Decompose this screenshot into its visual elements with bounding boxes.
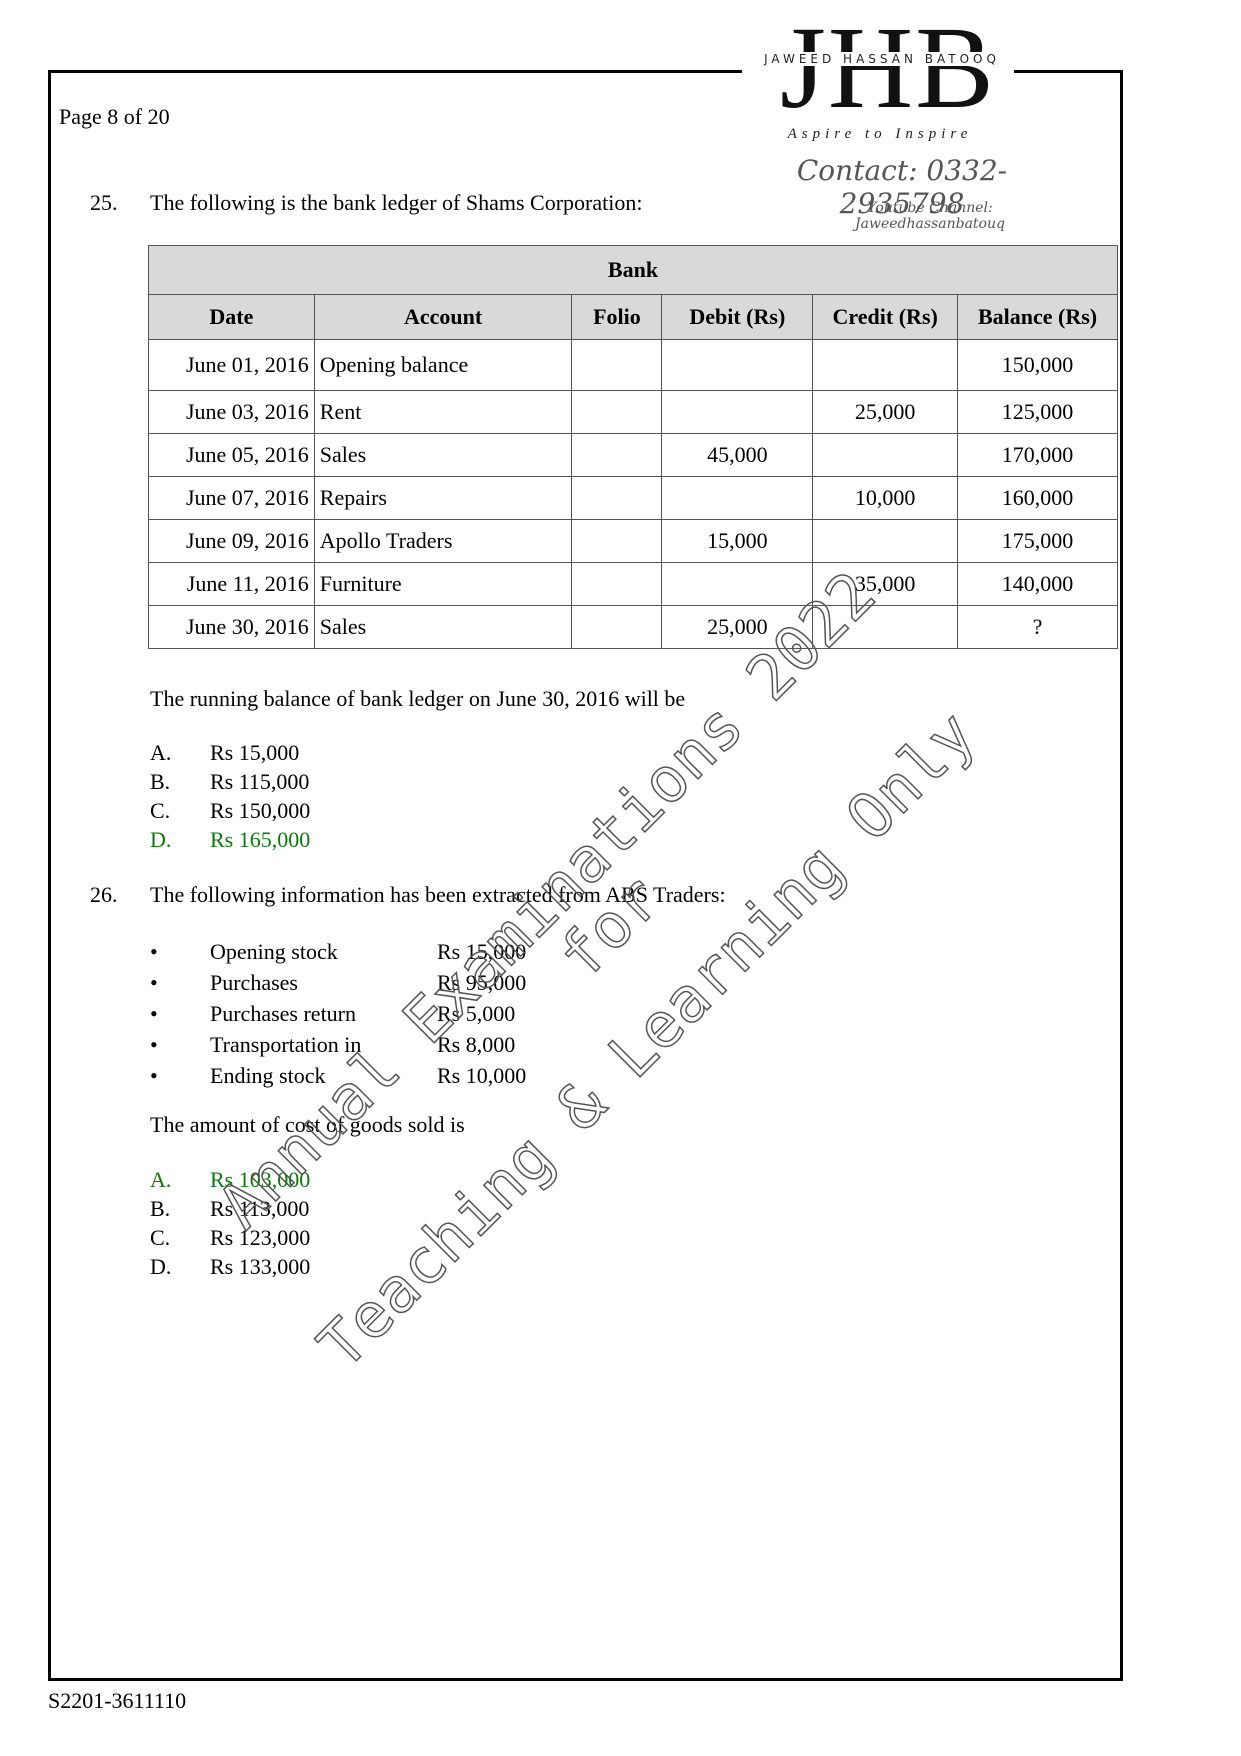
- table-row: June 01, 2016Opening balance150,000: [149, 340, 1118, 391]
- cell-date: June 01, 2016: [149, 340, 315, 391]
- cell-credit: 25,000: [813, 391, 958, 434]
- bullet-icon: •: [150, 998, 210, 1029]
- bullet-icon: •: [150, 936, 210, 967]
- ledger-title: Bank: [149, 246, 1118, 295]
- jhb-logo: JHB JAWEED HASSAN BATOOQ Aspire to Inspi…: [740, 14, 1040, 234]
- cell-debit: [662, 340, 813, 391]
- table-row: June 05, 2016Sales45,000170,000: [149, 434, 1118, 477]
- table-row: June 09, 2016Apollo Traders15,000175,000: [149, 520, 1118, 563]
- option-text: Rs 165,000: [210, 827, 310, 852]
- cell-folio: [572, 340, 662, 391]
- cell-account: Furniture: [314, 563, 572, 606]
- question-26-number: 26.: [90, 882, 118, 908]
- option-letter: D.: [150, 1252, 210, 1281]
- fact-label: Opening stock: [210, 936, 437, 967]
- cell-folio: [572, 606, 662, 649]
- option-a: A.Rs 15,000: [150, 738, 310, 767]
- table-row: June 03, 2016Rent25,000125,000: [149, 391, 1118, 434]
- cell-debit: [662, 563, 813, 606]
- table-row: June 07, 2016Repairs10,000160,000: [149, 477, 1118, 520]
- paper-code: S2201-3611110: [48, 1688, 186, 1714]
- logo-name: JAWEED HASSAN BATOOQ: [748, 52, 1016, 66]
- cell-debit: 15,000: [662, 520, 813, 563]
- option-letter: B.: [150, 767, 210, 796]
- option-text: Rs 115,000: [210, 769, 309, 794]
- cell-debit: [662, 391, 813, 434]
- logo-monogram: JHB: [780, 8, 980, 128]
- cell-balance: 170,000: [958, 434, 1118, 477]
- bank-ledger-table: Bank Date Account Folio Debit (Rs) Credi…: [148, 245, 1118, 649]
- col-date: Date: [149, 295, 315, 340]
- cell-debit: 45,000: [662, 434, 813, 477]
- cell-date: June 30, 2016: [149, 606, 315, 649]
- cell-account: Repairs: [314, 477, 572, 520]
- option-letter: C.: [150, 796, 210, 825]
- cell-account: Opening balance: [314, 340, 572, 391]
- cell-account: Sales: [314, 606, 572, 649]
- option-letter: A.: [150, 1165, 210, 1194]
- option-letter: C.: [150, 1223, 210, 1252]
- question-25-text: The following is the bank ledger of Sham…: [150, 190, 642, 216]
- option-c: C.Rs 150,000: [150, 796, 310, 825]
- col-folio: Folio: [572, 295, 662, 340]
- cell-credit: [813, 520, 958, 563]
- cell-folio: [572, 391, 662, 434]
- option-letter: B.: [150, 1194, 210, 1223]
- table-row: June 30, 2016Sales25,000?: [149, 606, 1118, 649]
- page-number: Page 8 of 20: [59, 104, 170, 130]
- col-debit: Debit (Rs): [662, 295, 813, 340]
- option-c: C.Rs 123,000: [150, 1223, 310, 1252]
- cell-credit: 10,000: [813, 477, 958, 520]
- fact-value: Rs 10,000: [437, 1063, 526, 1088]
- cell-folio: [572, 434, 662, 477]
- table-row: June 11, 2016Furniture35,000140,000: [149, 563, 1118, 606]
- col-balance: Balance (Rs): [958, 295, 1118, 340]
- cell-credit: [813, 340, 958, 391]
- cell-date: June 05, 2016: [149, 434, 315, 477]
- cell-folio: [572, 563, 662, 606]
- cell-balance: 125,000: [958, 391, 1118, 434]
- option-d: D.Rs 133,000: [150, 1252, 310, 1281]
- option-text: Rs 150,000: [210, 798, 310, 823]
- bullet-icon: •: [150, 1029, 210, 1060]
- cell-date: June 07, 2016: [149, 477, 315, 520]
- cell-folio: [572, 520, 662, 563]
- logo-youtube: Youtube Channel: Jaweedhassanbatouq: [800, 200, 1060, 232]
- cell-account: Sales: [314, 434, 572, 477]
- cell-account: Rent: [314, 391, 572, 434]
- ledger-header-row: Date Account Folio Debit (Rs) Credit (Rs…: [149, 295, 1118, 340]
- question-25-prompt: The running balance of bank ledger on Ju…: [150, 686, 685, 712]
- cell-date: June 09, 2016: [149, 520, 315, 563]
- cell-account: Apollo Traders: [314, 520, 572, 563]
- col-account: Account: [314, 295, 572, 340]
- bullet-icon: •: [150, 1060, 210, 1091]
- option-text: Rs 15,000: [210, 740, 299, 765]
- logo-tagline: Aspire to Inspire: [780, 126, 980, 143]
- cell-balance: 140,000: [958, 563, 1118, 606]
- bullet-icon: •: [150, 967, 210, 998]
- question-25-number: 25.: [90, 190, 118, 216]
- option-b: B.Rs 115,000: [150, 767, 310, 796]
- cell-balance: 175,000: [958, 520, 1118, 563]
- cell-balance: 150,000: [958, 340, 1118, 391]
- cell-folio: [572, 477, 662, 520]
- cell-credit: [813, 434, 958, 477]
- col-credit: Credit (Rs): [813, 295, 958, 340]
- option-letter: A.: [150, 738, 210, 767]
- cell-date: June 03, 2016: [149, 391, 315, 434]
- cell-debit: [662, 477, 813, 520]
- cell-balance: ?: [958, 606, 1118, 649]
- cell-balance: 160,000: [958, 477, 1118, 520]
- option-d: D.Rs 165,000: [150, 825, 310, 854]
- cell-date: June 11, 2016: [149, 563, 315, 606]
- option-letter: D.: [150, 825, 210, 854]
- option-text: Rs 133,000: [210, 1254, 310, 1279]
- question-25-options: A.Rs 15,000B.Rs 115,000C.Rs 150,000D.Rs …: [150, 738, 310, 854]
